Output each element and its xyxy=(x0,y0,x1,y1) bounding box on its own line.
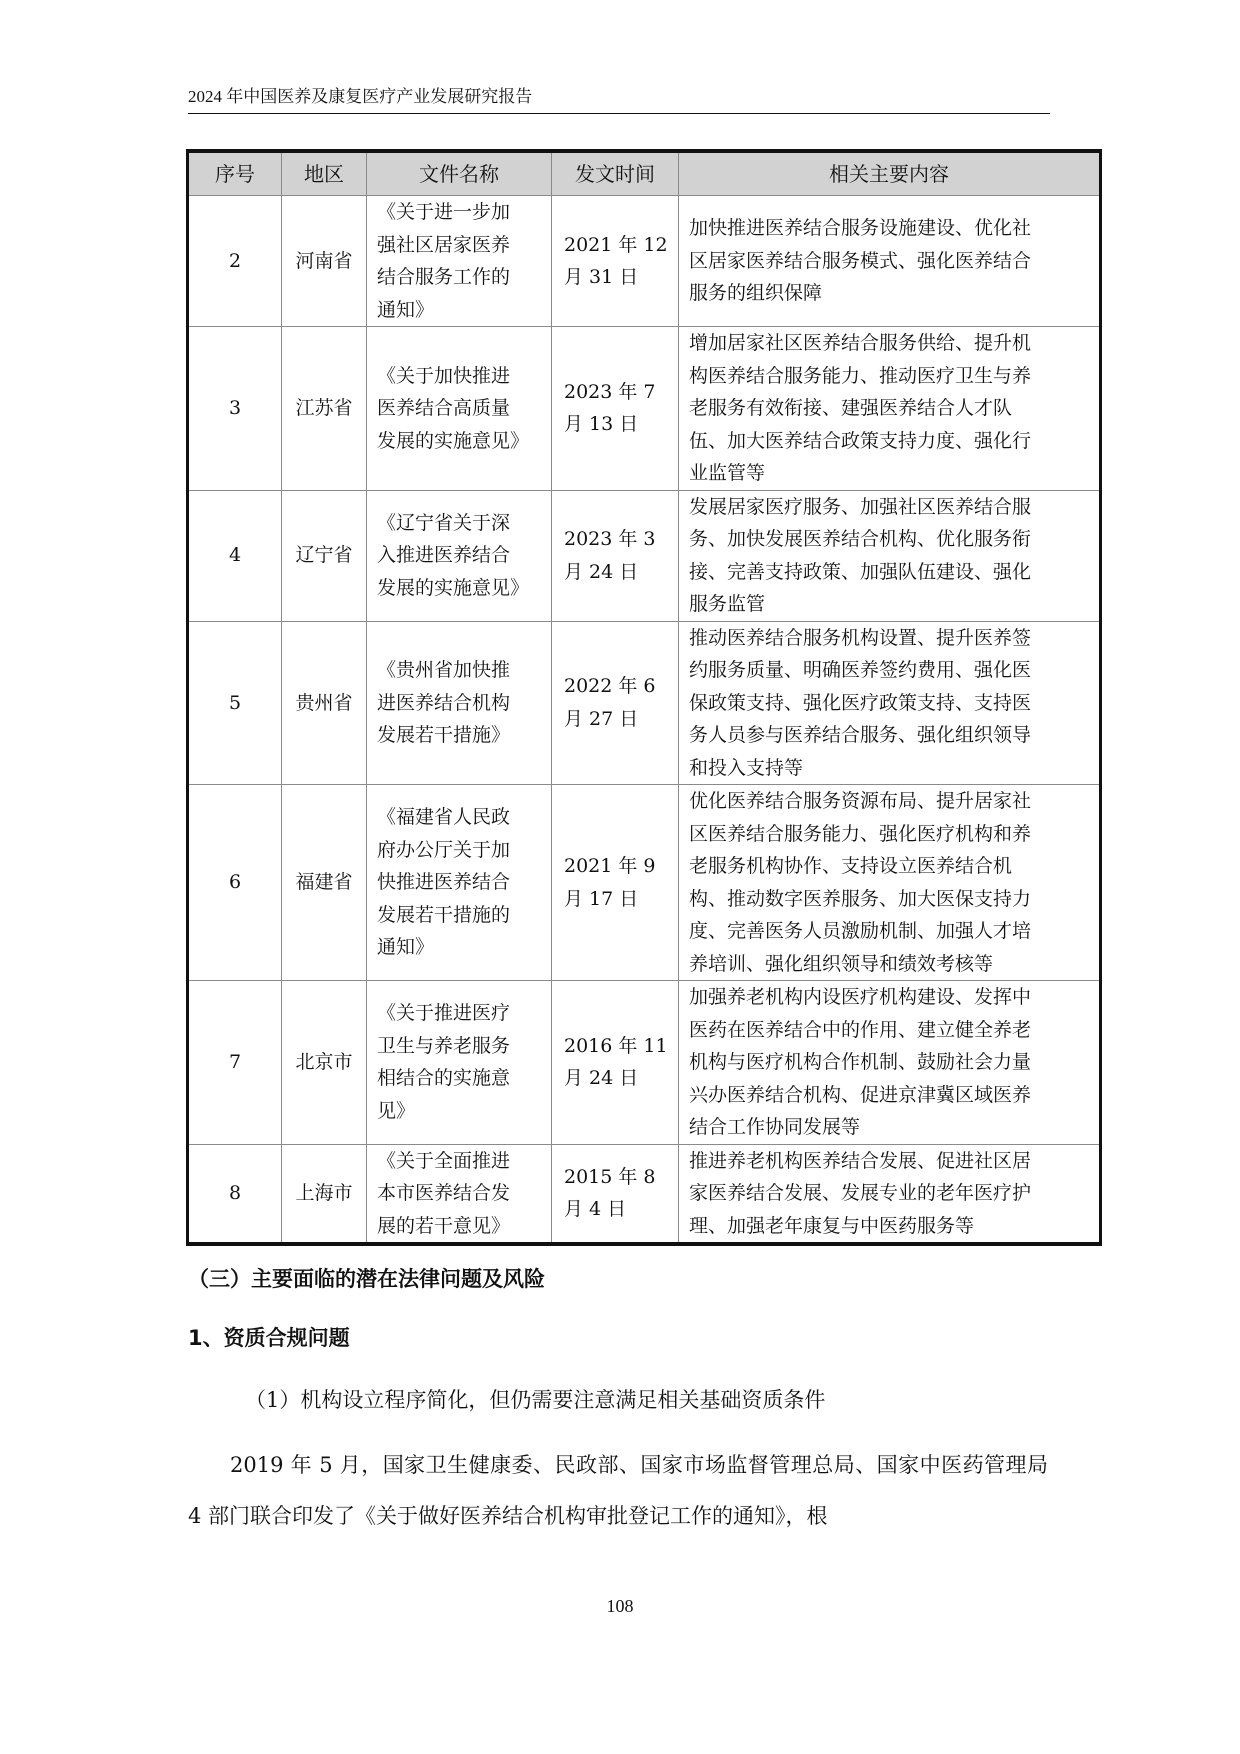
cell-document: 《辽宁省关于深入推进医养结合发展的实施意见》 xyxy=(367,490,552,621)
document-line: 结合服务工作的 xyxy=(377,261,543,294)
content-line: 构、推动数字医养服务、加大医保支持力 xyxy=(689,883,1093,916)
content-line: 保政策支持、强化医疗政策支持、支持医 xyxy=(689,687,1093,720)
content-line: 服务的组织保障 xyxy=(689,277,1093,310)
date-line: 月 31 日 xyxy=(564,261,670,294)
table-header-row: 序号 地区 文件名称 发文时间 相关主要内容 xyxy=(188,151,1101,196)
document-line: 本市医养结合发 xyxy=(377,1177,543,1210)
cell-content: 加强养老机构内设医疗机构建设、发挥中医药在医养结合中的作用、建立健全养老机构与医… xyxy=(679,981,1101,1145)
cell-document: 《关于全面推进本市医养结合发展的若干意见》 xyxy=(367,1144,552,1244)
date-line: 2015 年 8 xyxy=(564,1161,670,1194)
cell-region: 贵州省 xyxy=(282,621,367,785)
date-line: 2021 年 12 xyxy=(564,229,670,262)
date-line: 2021 年 9 xyxy=(564,850,670,883)
content-line: 发展居家医疗服务、加强社区医养结合服 xyxy=(689,491,1093,524)
content-line: 老服务有效衔接、建强医养结合人才队 xyxy=(689,392,1093,425)
document-line: 发展的实施意见》 xyxy=(377,572,543,605)
content-line: 务人员参与医养结合服务、强化组织领导 xyxy=(689,719,1093,752)
cell-document: 《贵州省加快推进医养结合机构发展若干措施》 xyxy=(367,621,552,785)
cell-document: 《关于进一步加强社区居家医养结合服务工作的通知》 xyxy=(367,196,552,327)
cell-content: 加快推进医养结合服务设施建设、优化社区居家医养结合服务模式、强化医养结合服务的组… xyxy=(679,196,1101,327)
cell-region: 辽宁省 xyxy=(282,490,367,621)
cell-content: 推进养老机构医养结合发展、促进社区居家医养结合发展、发展专业的老年医疗护理、加强… xyxy=(679,1144,1101,1244)
column-header-no: 序号 xyxy=(188,151,282,196)
cell-region: 上海市 xyxy=(282,1144,367,1244)
cell-content: 优化医养结合服务资源布局、提升居家社区医养结合服务能力、强化医疗机构和养老服务机… xyxy=(679,785,1101,981)
content-line: 增加居家社区医养结合服务供给、提升机 xyxy=(689,327,1093,360)
document-line: 《贵州省加快推 xyxy=(377,654,543,687)
cell-date: 2015 年 8月 4 日 xyxy=(552,1144,679,1244)
document-line: 通知》 xyxy=(377,294,543,327)
sub-point-heading: （1）机构设立程序简化，但仍需要注意满足相关基础资质条件 xyxy=(245,1384,825,1414)
table-row: 8上海市《关于全面推进本市医养结合发展的若干意见》2015 年 8月 4 日推进… xyxy=(188,1144,1101,1244)
content-line: 度、完善医务人员激励机制、加强人才培 xyxy=(689,915,1093,948)
document-line: 强社区居家医养 xyxy=(377,229,543,262)
cell-no: 4 xyxy=(188,490,282,621)
column-header-content: 相关主要内容 xyxy=(679,151,1101,196)
cell-region: 福建省 xyxy=(282,785,367,981)
content-line: 推动医养结合服务机构设置、提升医养签 xyxy=(689,622,1093,655)
content-line: 区居家医养结合服务模式、强化医养结合 xyxy=(689,245,1093,278)
cell-no: 3 xyxy=(188,327,282,491)
column-header-date: 发文时间 xyxy=(552,151,679,196)
content-line: 老服务机构协作、支持设立医养结合机 xyxy=(689,850,1093,883)
content-line: 构医养结合服务能力、推动医疗卫生与养 xyxy=(689,360,1093,393)
document-line: 展的若干意见》 xyxy=(377,1210,543,1243)
table-row: 5贵州省《贵州省加快推进医养结合机构发展若干措施》2022 年 6月 27 日推… xyxy=(188,621,1101,785)
content-line: 务、加快发展医养结合机构、优化服务衔 xyxy=(689,523,1093,556)
content-line: 区医养结合服务能力、强化医疗机构和养 xyxy=(689,818,1093,851)
document-line: 发展的实施意见》 xyxy=(377,425,543,458)
cell-date: 2021 年 9月 17 日 xyxy=(552,785,679,981)
date-line: 2023 年 7 xyxy=(564,376,670,409)
cell-region: 江苏省 xyxy=(282,327,367,491)
cell-no: 2 xyxy=(188,196,282,327)
date-line: 2022 年 6 xyxy=(564,670,670,703)
content-line: 医药在医养结合中的作用、建立健全养老 xyxy=(689,1014,1093,1047)
page-number: 108 xyxy=(0,1596,1240,1617)
content-line: 推进养老机构医养结合发展、促进社区居 xyxy=(689,1145,1093,1178)
cell-no: 7 xyxy=(188,981,282,1145)
document-line: 发展若干措施的 xyxy=(377,899,543,932)
content-line: 加强养老机构内设医疗机构建设、发挥中 xyxy=(689,981,1093,1014)
body-paragraph: 2019 年 5 月，国家卫生健康委、民政部、国家市场监督管理总局、国家中医药管… xyxy=(188,1440,1048,1542)
cell-content: 发展居家医疗服务、加强社区医养结合服务、加快发展医养结合机构、优化服务衔接、完善… xyxy=(679,490,1101,621)
document-line: 相结合的实施意 xyxy=(377,1062,543,1095)
document-line: 《辽宁省关于深 xyxy=(377,507,543,540)
content-line: 和投入支持等 xyxy=(689,752,1093,785)
cell-no: 5 xyxy=(188,621,282,785)
content-line: 结合工作协同发展等 xyxy=(689,1111,1093,1144)
table-row: 3江苏省《关于加快推进医养结合高质量发展的实施意见》2023 年 7月 13 日… xyxy=(188,327,1101,491)
document-line: 进医养结合机构 xyxy=(377,687,543,720)
document-line: 《关于加快推进 xyxy=(377,360,543,393)
cell-date: 2023 年 3月 24 日 xyxy=(552,490,679,621)
cell-date: 2016 年 11月 24 日 xyxy=(552,981,679,1145)
table-row: 6福建省《福建省人民政府办公厅关于加快推进医养结合发展若干措施的通知》2021 … xyxy=(188,785,1101,981)
section-heading: （三）主要面临的潜在法律问题及风险 xyxy=(188,1263,545,1293)
date-line: 月 17 日 xyxy=(564,883,670,916)
document-line: 《关于全面推进 xyxy=(377,1145,543,1178)
cell-date: 2021 年 12月 31 日 xyxy=(552,196,679,327)
document-line: 入推进医养结合 xyxy=(377,539,543,572)
cell-region: 北京市 xyxy=(282,981,367,1145)
document-line: 发展若干措施》 xyxy=(377,719,543,752)
column-header-document: 文件名称 xyxy=(367,151,552,196)
date-line: 2016 年 11 xyxy=(564,1030,670,1063)
header-rule xyxy=(188,113,1050,114)
content-line: 理、加强老年康复与中医药服务等 xyxy=(689,1210,1093,1243)
content-line: 兴办医养结合机构、促进京津冀区域医养 xyxy=(689,1079,1093,1112)
column-header-region: 地区 xyxy=(282,151,367,196)
content-line: 业监管等 xyxy=(689,457,1093,490)
policy-table: 序号 地区 文件名称 发文时间 相关主要内容 2河南省《关于进一步加强社区居家医… xyxy=(186,149,1102,1246)
document-line: 通知》 xyxy=(377,931,543,964)
date-line: 月 24 日 xyxy=(564,556,670,589)
document-line: 《关于推进医疗 xyxy=(377,997,543,1030)
date-line: 月 4 日 xyxy=(564,1193,670,1226)
subsection-heading: 1、资质合规问题 xyxy=(188,1322,350,1352)
document-line: 卫生与养老服务 xyxy=(377,1030,543,1063)
cell-no: 8 xyxy=(188,1144,282,1244)
document-line: 快推进医养结合 xyxy=(377,866,543,899)
cell-document: 《关于加快推进医养结合高质量发展的实施意见》 xyxy=(367,327,552,491)
date-line: 月 27 日 xyxy=(564,703,670,736)
cell-content: 推动医养结合服务机构设置、提升医养签约服务质量、明确医养签约费用、强化医保政策支… xyxy=(679,621,1101,785)
content-line: 优化医养结合服务资源布局、提升居家社 xyxy=(689,785,1093,818)
table-body: 2河南省《关于进一步加强社区居家医养结合服务工作的通知》2021 年 12月 3… xyxy=(188,196,1101,1245)
content-line: 养培训、强化组织领导和绩效考核等 xyxy=(689,948,1093,981)
content-line: 服务监管 xyxy=(689,588,1093,621)
date-line: 月 13 日 xyxy=(564,408,670,441)
running-header: 2024 年中国医养及康复医疗产业发展研究报告 xyxy=(188,84,1050,110)
content-line: 接、完善支持政策、加强队伍建设、强化 xyxy=(689,556,1093,589)
date-line: 2023 年 3 xyxy=(564,523,670,556)
cell-date: 2023 年 7月 13 日 xyxy=(552,327,679,491)
content-line: 机构与医疗机构合作机制、鼓励社会力量 xyxy=(689,1046,1093,1079)
content-line: 伍、加大医养结合政策支持力度、强化行 xyxy=(689,425,1093,458)
document-line: 《关于进一步加 xyxy=(377,196,543,229)
document-line: 医养结合高质量 xyxy=(377,392,543,425)
cell-document: 《福建省人民政府办公厅关于加快推进医养结合发展若干措施的通知》 xyxy=(367,785,552,981)
document-line: 见》 xyxy=(377,1095,543,1128)
content-line: 加快推进医养结合服务设施建设、优化社 xyxy=(689,212,1093,245)
date-line: 月 24 日 xyxy=(564,1062,670,1095)
content-line: 约服务质量、明确医养签约费用、强化医 xyxy=(689,654,1093,687)
document-line: 府办公厅关于加 xyxy=(377,834,543,867)
cell-region: 河南省 xyxy=(282,196,367,327)
table-row: 4辽宁省《辽宁省关于深入推进医养结合发展的实施意见》2023 年 3月 24 日… xyxy=(188,490,1101,621)
content-line: 家医养结合发展、发展专业的老年医疗护 xyxy=(689,1177,1093,1210)
cell-no: 6 xyxy=(188,785,282,981)
cell-date: 2022 年 6月 27 日 xyxy=(552,621,679,785)
cell-document: 《关于推进医疗卫生与养老服务相结合的实施意见》 xyxy=(367,981,552,1145)
document-line: 《福建省人民政 xyxy=(377,801,543,834)
table-row: 2河南省《关于进一步加强社区居家医养结合服务工作的通知》2021 年 12月 3… xyxy=(188,196,1101,327)
cell-content: 增加居家社区医养结合服务供给、提升机构医养结合服务能力、推动医疗卫生与养老服务有… xyxy=(679,327,1101,491)
table-row: 7北京市《关于推进医疗卫生与养老服务相结合的实施意见》2016 年 11月 24… xyxy=(188,981,1101,1145)
